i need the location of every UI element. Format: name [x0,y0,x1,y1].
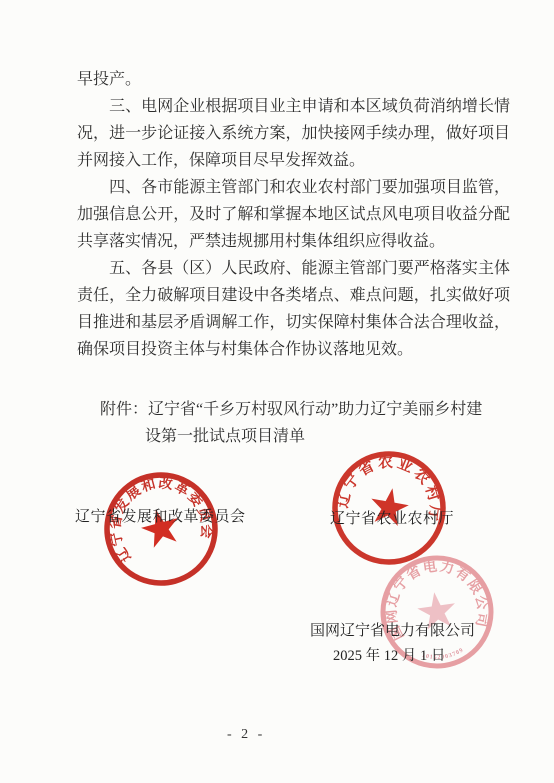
page-number: - 2 - [227,727,327,743]
body-line: 五、各县（区）人民政府、能源主管部门要严格落实主体 [77,255,510,282]
org-name-agriculture: 辽宁省农业农村厅 [330,507,454,528]
body-line: 早投产。 [77,66,510,93]
seal-development-reform-commission: 辽宁省发展和改革委员会 [91,459,231,599]
document-page: 早投产。 三、电网企业根据项目业主申请和本区域负荷消纳增长情 况，进一步论证接入… [0,0,554,783]
body-line: 加强信息公开，及时了解和掌握本地区试点风电项目收益分配 [77,201,510,228]
body-line: 况，进一步论证接入系统方案，加快接网手续办理，做好项目 [77,120,510,147]
body-line: 并网接入工作，保障项目尽早发挥效益。 [77,147,510,174]
body-paragraphs: 早投产。 三、电网企业根据项目业主申请和本区域负荷消纳增长情 况，进一步论证接入… [77,66,510,363]
body-line: 四、各市能源主管部门和农业农村部门要加强项目监管， [77,174,510,201]
org-name-development-reform: 辽宁省发展和改革委员会 [75,505,246,526]
body-line: 共享落实情况，严禁违规挪用村集体组织应得收益。 [77,228,510,255]
body-line: 目推进和基层矛盾调解工作，切实保障村集体合法合理收益， [77,309,510,336]
attachment-line-2: 设第一批试点项目清单 [145,423,482,450]
body-line: 责任，全力破解项目建设中各类堵点、难点问题，扎实做好项 [77,282,510,309]
org-name-state-grid: 国网辽宁省电力有限公司 [310,619,475,640]
issue-date: 2025 年 12 月 1 日 [333,644,445,665]
body-line: 三、电网企业根据项目业主申请和本区域负荷消纳增长情 [77,93,510,120]
attachment-note: 附件：辽宁省“千乡万村驭风行动”助力辽宁美丽乡村建 设第一批试点项目清单 [100,396,482,450]
body-line: 确保项目投资主体与村集体合作协议落地见效。 [77,336,510,363]
attachment-line-1: 附件：辽宁省“千乡万村驭风行动”助力辽宁美丽乡村建 [100,396,482,423]
